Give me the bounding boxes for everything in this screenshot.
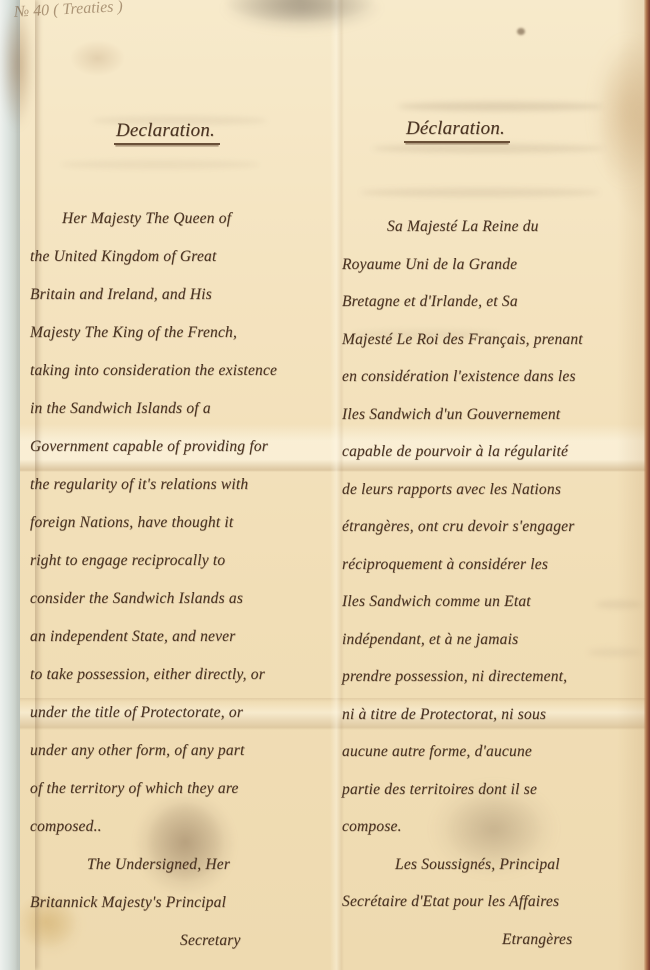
manuscript-line: Royaume Uni de la Grande [342,246,644,284]
english-lines: Her Majesty The Queen ofthe United Kingd… [30,200,340,960]
manuscript-line: de leurs rapports avec les Nations [342,471,644,509]
manuscript-line: partie des territoires dont il se [342,771,644,809]
manuscript-line: to take possession, either directly, or [30,656,340,694]
manuscript-line: indépendant, et à ne jamais [342,621,644,659]
archival-annotation: № 40 ( Treaties ) [14,0,275,22]
french-lines: Sa Majesté La Reine duRoyaume Uni de la … [342,208,644,958]
french-heading-row: Déclaration. [342,118,644,148]
bleed-through-mark [398,102,603,111]
manuscript-line: an independent State, and never [30,618,340,656]
manuscript-line: Britannick Majesty's Principal [30,884,340,922]
manuscript-line: under the title of Protectorate, or [30,694,340,732]
page-right-edge [643,0,650,970]
manuscript-line: Britain and Ireland, and His [30,276,340,314]
manuscript-line: the regularity of it's relations with [30,466,340,504]
manuscript-line: Bretagne et d'Irlande, et Sa [342,283,644,321]
manuscript-line: Etrangères [342,921,644,959]
manuscript-line: in the Sandwich Islands of a [30,390,340,428]
manuscript-line: under any other form, of any part [30,732,340,770]
manuscript-line: consider the Sandwich Islands as [30,580,340,618]
manuscript-line: ni à titre de Protectorat, ni sous [342,696,644,734]
manuscript-line: Majesté Le Roi des Français, prenant [342,321,644,359]
manuscript-line: capable de pourvoir à la régularité [342,433,644,471]
ink-speck [517,28,525,35]
manuscript-line: Les Soussignés, Principal [342,846,644,884]
manuscript-line: foreign Nations, have thought it [30,504,340,542]
manuscript-line: Iles Sandwich comme un Etat [342,583,644,621]
manuscript-line: en considération l'existence dans les [342,358,644,396]
manuscript-line: compose. [342,808,644,846]
english-column: Declaration. Her Majesty The Queen ofthe… [30,120,340,960]
manuscript-page: № 40 ( Treaties ) Declaration. Her Majes… [0,0,650,970]
manuscript-line: Iles Sandwich d'un Gouvernement [342,396,644,434]
french-column: Déclaration. Sa Majesté La Reine duRoyau… [342,118,644,958]
english-heading-row: Declaration. [30,120,340,150]
manuscript-line: Majesty The King of the French, [30,314,340,352]
book-gutter-strip [0,0,20,970]
manuscript-line: prendre possession, ni directement, [342,658,644,696]
manuscript-line: Government capable of providing for [30,428,340,466]
manuscript-line: the United Kingdom of Great [30,238,340,276]
manuscript-line: aucune autre forme, d'aucune [342,733,644,771]
manuscript-line: Secretary [30,922,340,960]
manuscript-line: The Undersigned, Her [30,846,340,884]
manuscript-line: taking into consideration the existence [30,352,340,390]
manuscript-line: réciproquement à considérer les [342,546,644,584]
manuscript-line: Sa Majesté La Reine du [342,208,644,246]
manuscript-line: composed.. [30,808,340,846]
english-heading: Declaration. [114,120,220,145]
manuscript-line: right to engage reciprocally to [30,542,340,580]
manuscript-line: Her Majesty The Queen of [30,200,340,238]
manuscript-line: étrangères, ont cru devoir s'engager [342,508,644,546]
french-heading: Déclaration. [404,118,510,143]
manuscript-line: Secrétaire d'Etat pour les Affaires [342,883,644,921]
manuscript-line: of the territory of which they are [30,770,340,808]
